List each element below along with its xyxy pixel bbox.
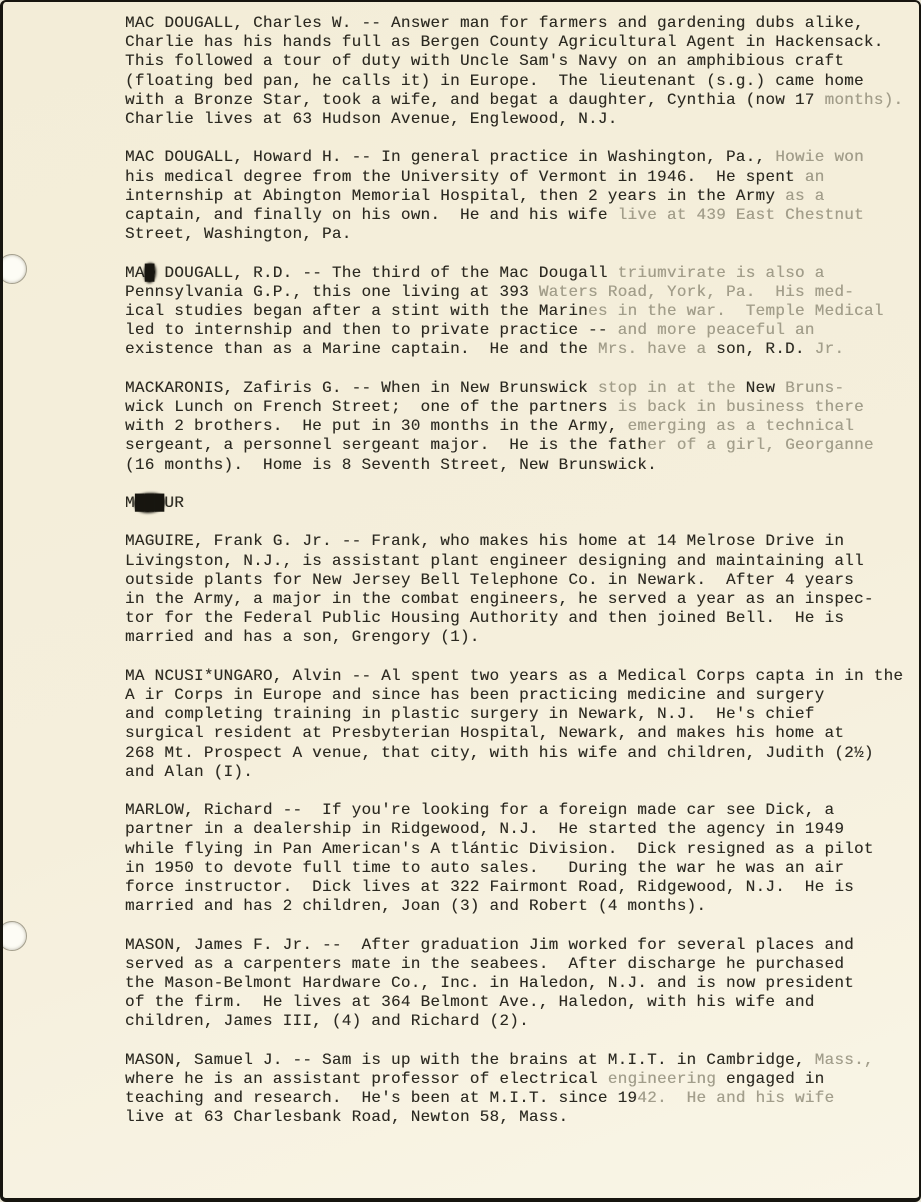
faded-text-segment: Bruns- xyxy=(785,379,844,397)
text-segment: Charlie has his hands full as Bergen Cou… xyxy=(125,33,884,51)
entry-mancusi-ungaro-alvin: MA NCUSI*UNGARO, Alvin -- Al spent two y… xyxy=(125,667,911,782)
text-segment: UR xyxy=(164,494,184,512)
ink-blotch: ███ xyxy=(135,494,165,512)
text-segment: ical studies began after a stint with th… xyxy=(125,302,588,320)
text-segment: force instructor. Dick lives at 322 Fair… xyxy=(125,878,854,896)
text-segment: MAGUIRE, Frank G. Jr. -- Frank, who make… xyxy=(125,532,844,550)
text-line: of the firm. He lives at 364 Belmont Ave… xyxy=(125,993,911,1012)
text-segment: (16 months). Home is 8 Seventh Street, N… xyxy=(125,456,657,474)
faded-text-segment: emerging as a technical xyxy=(627,417,854,435)
text-line: MACKARONIS, Zafiris G. -- When in New Br… xyxy=(125,379,911,398)
text-line: outside plants for New Jersey Bell Telep… xyxy=(125,571,911,590)
text-line: married and has 2 children, Joan (3) and… xyxy=(125,897,911,916)
punch-hole-bottom xyxy=(0,921,27,951)
text-line: while flying in Pan American's A tlántic… xyxy=(125,840,911,859)
text-segment: existence than as a Marine captain. He a… xyxy=(125,340,598,358)
text-segment: MACKARONIS, Zafiris G. -- When in New Br… xyxy=(125,379,598,397)
text-segment: MAC DOUGALL, Charles W. -- Answer man fo… xyxy=(125,14,864,32)
text-line: live at 63 Charlesbank Road, Newton 58, … xyxy=(125,1108,911,1127)
text-line: This followed a tour of duty with Uncle … xyxy=(125,52,911,71)
text-segment: MAC DOUGALL, Howard H. -- In general pra… xyxy=(125,148,775,166)
text-line: in 1950 to devote full time to auto sale… xyxy=(125,859,911,878)
text-line: MAC DOUGALL, Charles W. -- Answer man fo… xyxy=(125,14,911,33)
text-segment: while flying in Pan American's A tlántic… xyxy=(125,840,874,858)
text-segment: with 2 brothers. He put in 30 months in … xyxy=(125,417,627,435)
entry-mac-dougall-howard-h: MAC DOUGALL, Howard H. -- In general pra… xyxy=(125,148,911,244)
ink-blotch: █ xyxy=(145,264,155,282)
text-line: his medical degree from the University o… xyxy=(125,168,911,187)
punch-hole-top xyxy=(0,254,27,284)
entry-mackaronis-zafiris-g: MACKARONIS, Zafiris G. -- When in New Br… xyxy=(125,379,911,475)
text-line: in the Army, a major in the combat engin… xyxy=(125,590,911,609)
faded-text-segment: live at 439 East Chestnut xyxy=(618,206,864,224)
text-line: children, James III, (4) and Richard (2)… xyxy=(125,1012,911,1031)
text-segment: Street, Washington, Pa. xyxy=(125,225,352,243)
faded-text-segment: and more peaceful an xyxy=(618,321,815,339)
text-line: served as a carpenters mate in the seabe… xyxy=(125,955,911,974)
text-segment: Pennsylvania G.P., this one living at 39… xyxy=(125,283,539,301)
text-line: MASON, James F. Jr. -- After graduation … xyxy=(125,936,911,955)
text-segment: wick Lunch on French Street; one of the … xyxy=(125,398,618,416)
entry-mason-james-f-jr: MASON, James F. Jr. -- After graduation … xyxy=(125,936,911,1032)
faded-text-segment: Mrs. have a xyxy=(598,340,716,358)
text-line: teaching and research. He's been at M.I.… xyxy=(125,1089,911,1108)
text-segment: MASON, James F. Jr. -- After graduation … xyxy=(125,936,854,954)
text-segment: This followed a tour of duty with Uncle … xyxy=(125,52,844,70)
text-line: Charlie lives at 63 Hudson Avenue, Engle… xyxy=(125,110,911,129)
text-segment: the Mason-Belmont Hardware Co., Inc. in … xyxy=(125,974,854,992)
text-line: sergeant, a personnel sergeant major. He… xyxy=(125,436,911,455)
text-segment: DOUGALL, R.D. -- The third of the Mac Do… xyxy=(155,264,618,282)
text-line: existence than as a Marine captain. He a… xyxy=(125,340,911,359)
text-segment: sergeant, a personnel sergeant major. He… xyxy=(125,436,647,454)
faded-text-segment: triumvirate is also a xyxy=(618,264,825,282)
text-line: captain, and finally on his own. He and … xyxy=(125,206,911,225)
text-segment: in 1950 to devote full time to auto sale… xyxy=(125,859,844,877)
text-line: led to internship and then to private pr… xyxy=(125,321,911,340)
faded-text-segment: Howie won xyxy=(775,148,864,166)
faded-text-segment: months). xyxy=(824,91,903,109)
text-line: internship at Abington Memorial Hospital… xyxy=(125,187,911,206)
text-segment: son, R.D. xyxy=(716,340,805,358)
text-segment: captain, and finally on his own. He and … xyxy=(125,206,618,224)
text-segment: New xyxy=(746,379,785,397)
typewritten-text-block: MAC DOUGALL, Charles W. -- Answer man fo… xyxy=(125,14,911,1128)
text-segment: A ir Corps in Europe and since has been … xyxy=(125,686,824,704)
text-segment: MA NCUSI*UNGARO, Alvin -- Al spent two y… xyxy=(125,667,903,685)
faded-text-segment: is back in business there xyxy=(618,398,864,416)
text-line: MA█ DOUGALL, R.D. -- The third of the Ma… xyxy=(125,264,911,283)
text-line: with a Bronze Star, took a wife, and beg… xyxy=(125,91,911,110)
text-line: Street, Washington, Pa. xyxy=(125,225,911,244)
text-line: MARLOW, Richard -- If you're looking for… xyxy=(125,801,911,820)
text-line: and Alan (I). xyxy=(125,763,911,782)
text-segment: served as a carpenters mate in the seabe… xyxy=(125,955,844,973)
entry-maguire-frank-g-jr: MAGUIRE, Frank G. Jr. -- Frank, who make… xyxy=(125,532,911,647)
text-line: with 2 brothers. He put in 30 months in … xyxy=(125,417,911,436)
text-line: surgical resident at Presbyterian Hospit… xyxy=(125,724,911,743)
text-line: wick Lunch on French Street; one of the … xyxy=(125,398,911,417)
text-line: (16 months). Home is 8 Seventh Street, N… xyxy=(125,456,911,475)
text-segment: where he is an assistant professor of el… xyxy=(125,1070,608,1088)
text-line: married and has a son, Grengory (1). xyxy=(125,628,911,647)
text-segment: (floating bed pan, he calls it) in Europ… xyxy=(125,72,864,90)
text-segment: his medical degree from the University o… xyxy=(125,168,805,186)
text-segment: MARLOW, Richard -- If you're looking for… xyxy=(125,801,834,819)
text-segment: Livingston, N.J., is assistant plant eng… xyxy=(125,552,864,570)
text-line: ical studies began after a stint with th… xyxy=(125,302,911,321)
text-line: 268 Mt. Prospect A venue, that city, wit… xyxy=(125,744,911,763)
text-segment: teaching and research. He's been at M.I.… xyxy=(125,1089,637,1107)
text-segment: married and has 2 children, Joan (3) and… xyxy=(125,897,706,915)
text-line: MA NCUSI*UNGARO, Alvin -- Al spent two y… xyxy=(125,667,911,686)
text-line: the Mason-Belmont Hardware Co., Inc. in … xyxy=(125,974,911,993)
text-segment: M xyxy=(125,494,135,512)
text-line: MAGUIRE, Frank G. Jr. -- Frank, who make… xyxy=(125,532,911,551)
text-line: force instructor. Dick lives at 322 Fair… xyxy=(125,878,911,897)
faded-text-segment: engineering xyxy=(608,1070,726,1088)
text-line: Charlie has his hands full as Bergen Cou… xyxy=(125,33,911,52)
text-segment: in the Army, a major in the combat engin… xyxy=(125,590,874,608)
scanned-page: MAC DOUGALL, Charles W. -- Answer man fo… xyxy=(0,0,921,1202)
text-segment: surgical resident at Presbyterian Hospit… xyxy=(125,724,844,742)
text-segment: 268 Mt. Prospect A venue, that city, wit… xyxy=(125,744,874,762)
faded-text-segment: an xyxy=(805,168,825,186)
text-line: Pennsylvania G.P., this one living at 39… xyxy=(125,283,911,302)
text-segment: married and has a son, Grengory (1). xyxy=(125,628,480,646)
text-segment: outside plants for New Jersey Bell Telep… xyxy=(125,571,854,589)
faded-text-segment: stop in at the xyxy=(598,379,746,397)
text-line: tor for the Federal Public Housing Autho… xyxy=(125,609,911,628)
text-segment: engaged in xyxy=(726,1070,825,1088)
faded-text-segment: 42. He and his wife xyxy=(637,1089,834,1107)
text-line: M███UR xyxy=(125,494,911,513)
text-segment: and completing training in plastic surge… xyxy=(125,705,815,723)
faded-text-segment: as a xyxy=(785,187,824,205)
text-segment: internship at Abington Memorial Hospital… xyxy=(125,187,785,205)
faded-text-segment: es in the war. Temple Medical xyxy=(588,302,884,320)
text-segment: MASON, Samuel J. -- Sam is up with the b… xyxy=(125,1051,815,1069)
text-line: MAC DOUGALL, Howard H. -- In general pra… xyxy=(125,148,911,167)
text-line: where he is an assistant professor of el… xyxy=(125,1070,911,1089)
faded-text-segment: er of a girl, Georganne xyxy=(647,436,874,454)
text-line: A ir Corps in Europe and since has been … xyxy=(125,686,911,705)
entry-mac-dougall-r-d: MA█ DOUGALL, R.D. -- The third of the Ma… xyxy=(125,264,911,360)
text-line: partner in a dealership in Ridgewood, N.… xyxy=(125,820,911,839)
text-line: (floating bed pan, he calls it) in Europ… xyxy=(125,72,911,91)
faded-text-segment: Waters Road, York, Pa. His med- xyxy=(539,283,854,301)
entry-marlow-richard: MARLOW, Richard -- If you're looking for… xyxy=(125,801,911,916)
text-segment: tor for the Federal Public Housing Autho… xyxy=(125,609,844,627)
text-segment: and Alan (I). xyxy=(125,763,253,781)
text-segment: led to internship and then to private pr… xyxy=(125,321,618,339)
text-line: and completing training in plastic surge… xyxy=(125,705,911,724)
text-segment: with a Bronze Star, took a wife, and beg… xyxy=(125,91,824,109)
section-heading-struck-out: M███UR xyxy=(125,494,911,513)
text-segment: partner in a dealership in Ridgewood, N.… xyxy=(125,820,844,838)
text-segment: MA xyxy=(125,264,145,282)
entry-mac-dougall-charles-w: MAC DOUGALL, Charles W. -- Answer man fo… xyxy=(125,14,911,129)
text-line: MASON, Samuel J. -- Sam is up with the b… xyxy=(125,1051,911,1070)
text-segment: live at 63 Charlesbank Road, Newton 58, … xyxy=(125,1108,568,1126)
faded-text-segment: Jr. xyxy=(805,340,844,358)
text-line: Livingston, N.J., is assistant plant eng… xyxy=(125,552,911,571)
text-segment: of the firm. He lives at 364 Belmont Ave… xyxy=(125,993,815,1011)
faded-text-segment: Mass., xyxy=(815,1051,874,1069)
text-segment: children, James III, (4) and Richard (2)… xyxy=(125,1012,529,1030)
entry-mason-samuel-j: MASON, Samuel J. -- Sam is up with the b… xyxy=(125,1051,911,1128)
text-segment: Charlie lives at 63 Hudson Avenue, Engle… xyxy=(125,110,618,128)
